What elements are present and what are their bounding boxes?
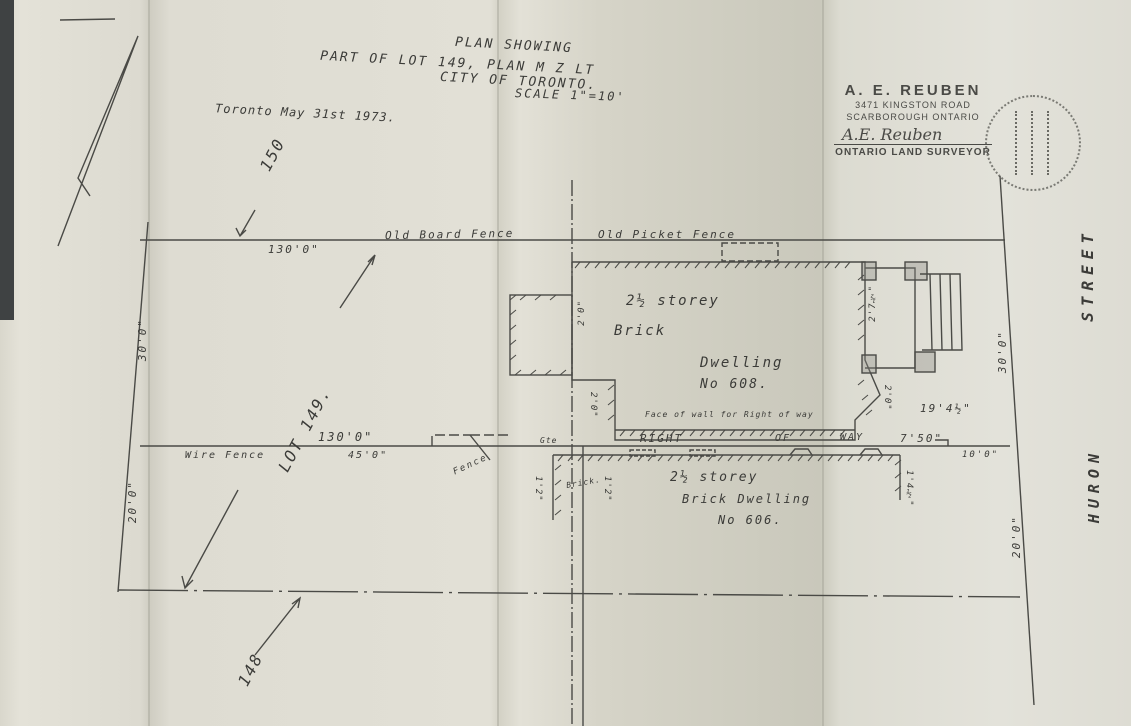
label-left-width-top: 30'0" xyxy=(136,318,149,361)
plan-drawing xyxy=(0,0,1131,726)
dim-front-wall: 2'0" xyxy=(882,385,892,411)
dim-side-gap-mid: 2'0" xyxy=(588,392,598,418)
label-old-picket-fence: Old Picket Fence xyxy=(598,228,736,241)
building-606-line-1: 2½ storey xyxy=(670,470,758,485)
building-608-line-3: Dwelling xyxy=(700,355,783,371)
gate-label: Gte xyxy=(540,436,557,445)
building-608-line-4: No 608. xyxy=(700,377,769,392)
street-name: HURON xyxy=(1085,448,1103,523)
right-of-way-label-right: RIGHT xyxy=(640,432,683,445)
label-right-width-top: 30'0" xyxy=(996,330,1009,373)
right-of-way-label-of: OF xyxy=(775,433,791,444)
label-left-width-bottom: 20'0" xyxy=(126,480,139,523)
dim-right-606: 1'2" xyxy=(602,476,612,502)
dim-side-gap-top: 2'0" xyxy=(577,300,587,326)
right-of-way-note: Face of wall for Right of way xyxy=(645,410,814,419)
street-suffix: STREET xyxy=(1078,228,1097,322)
label-wire-fence: Wire Fence xyxy=(185,450,265,461)
dim-corner-606: 1'4½" xyxy=(904,470,914,507)
label-old-board-fence: Old Board Fence xyxy=(385,227,515,242)
north-arrow-icon xyxy=(58,36,138,246)
label-wire-fence-length: 45'0" xyxy=(348,450,388,461)
right-of-way-label-way: WAY xyxy=(840,432,864,443)
front-offset: 10'0" xyxy=(962,450,999,460)
label-right-width-bottom: 20'0" xyxy=(1010,515,1023,558)
dim-left-606: 1'2" xyxy=(533,476,543,502)
building-606-line-3: No 606. xyxy=(718,513,783,527)
right-of-way-width: 7'50" xyxy=(900,432,943,445)
dim-porch-side: 2'7½" xyxy=(868,285,878,322)
label-middle-length: 130'0" xyxy=(318,430,373,444)
label-north-length: 130'0" xyxy=(268,243,320,256)
building-608-line-1: 2½ storey xyxy=(626,293,720,309)
building-606-line-2: Brick Dwelling xyxy=(682,492,811,506)
right-of-way-setback: 19'4½" xyxy=(920,402,972,415)
building-608-line-2: Brick xyxy=(614,323,666,339)
